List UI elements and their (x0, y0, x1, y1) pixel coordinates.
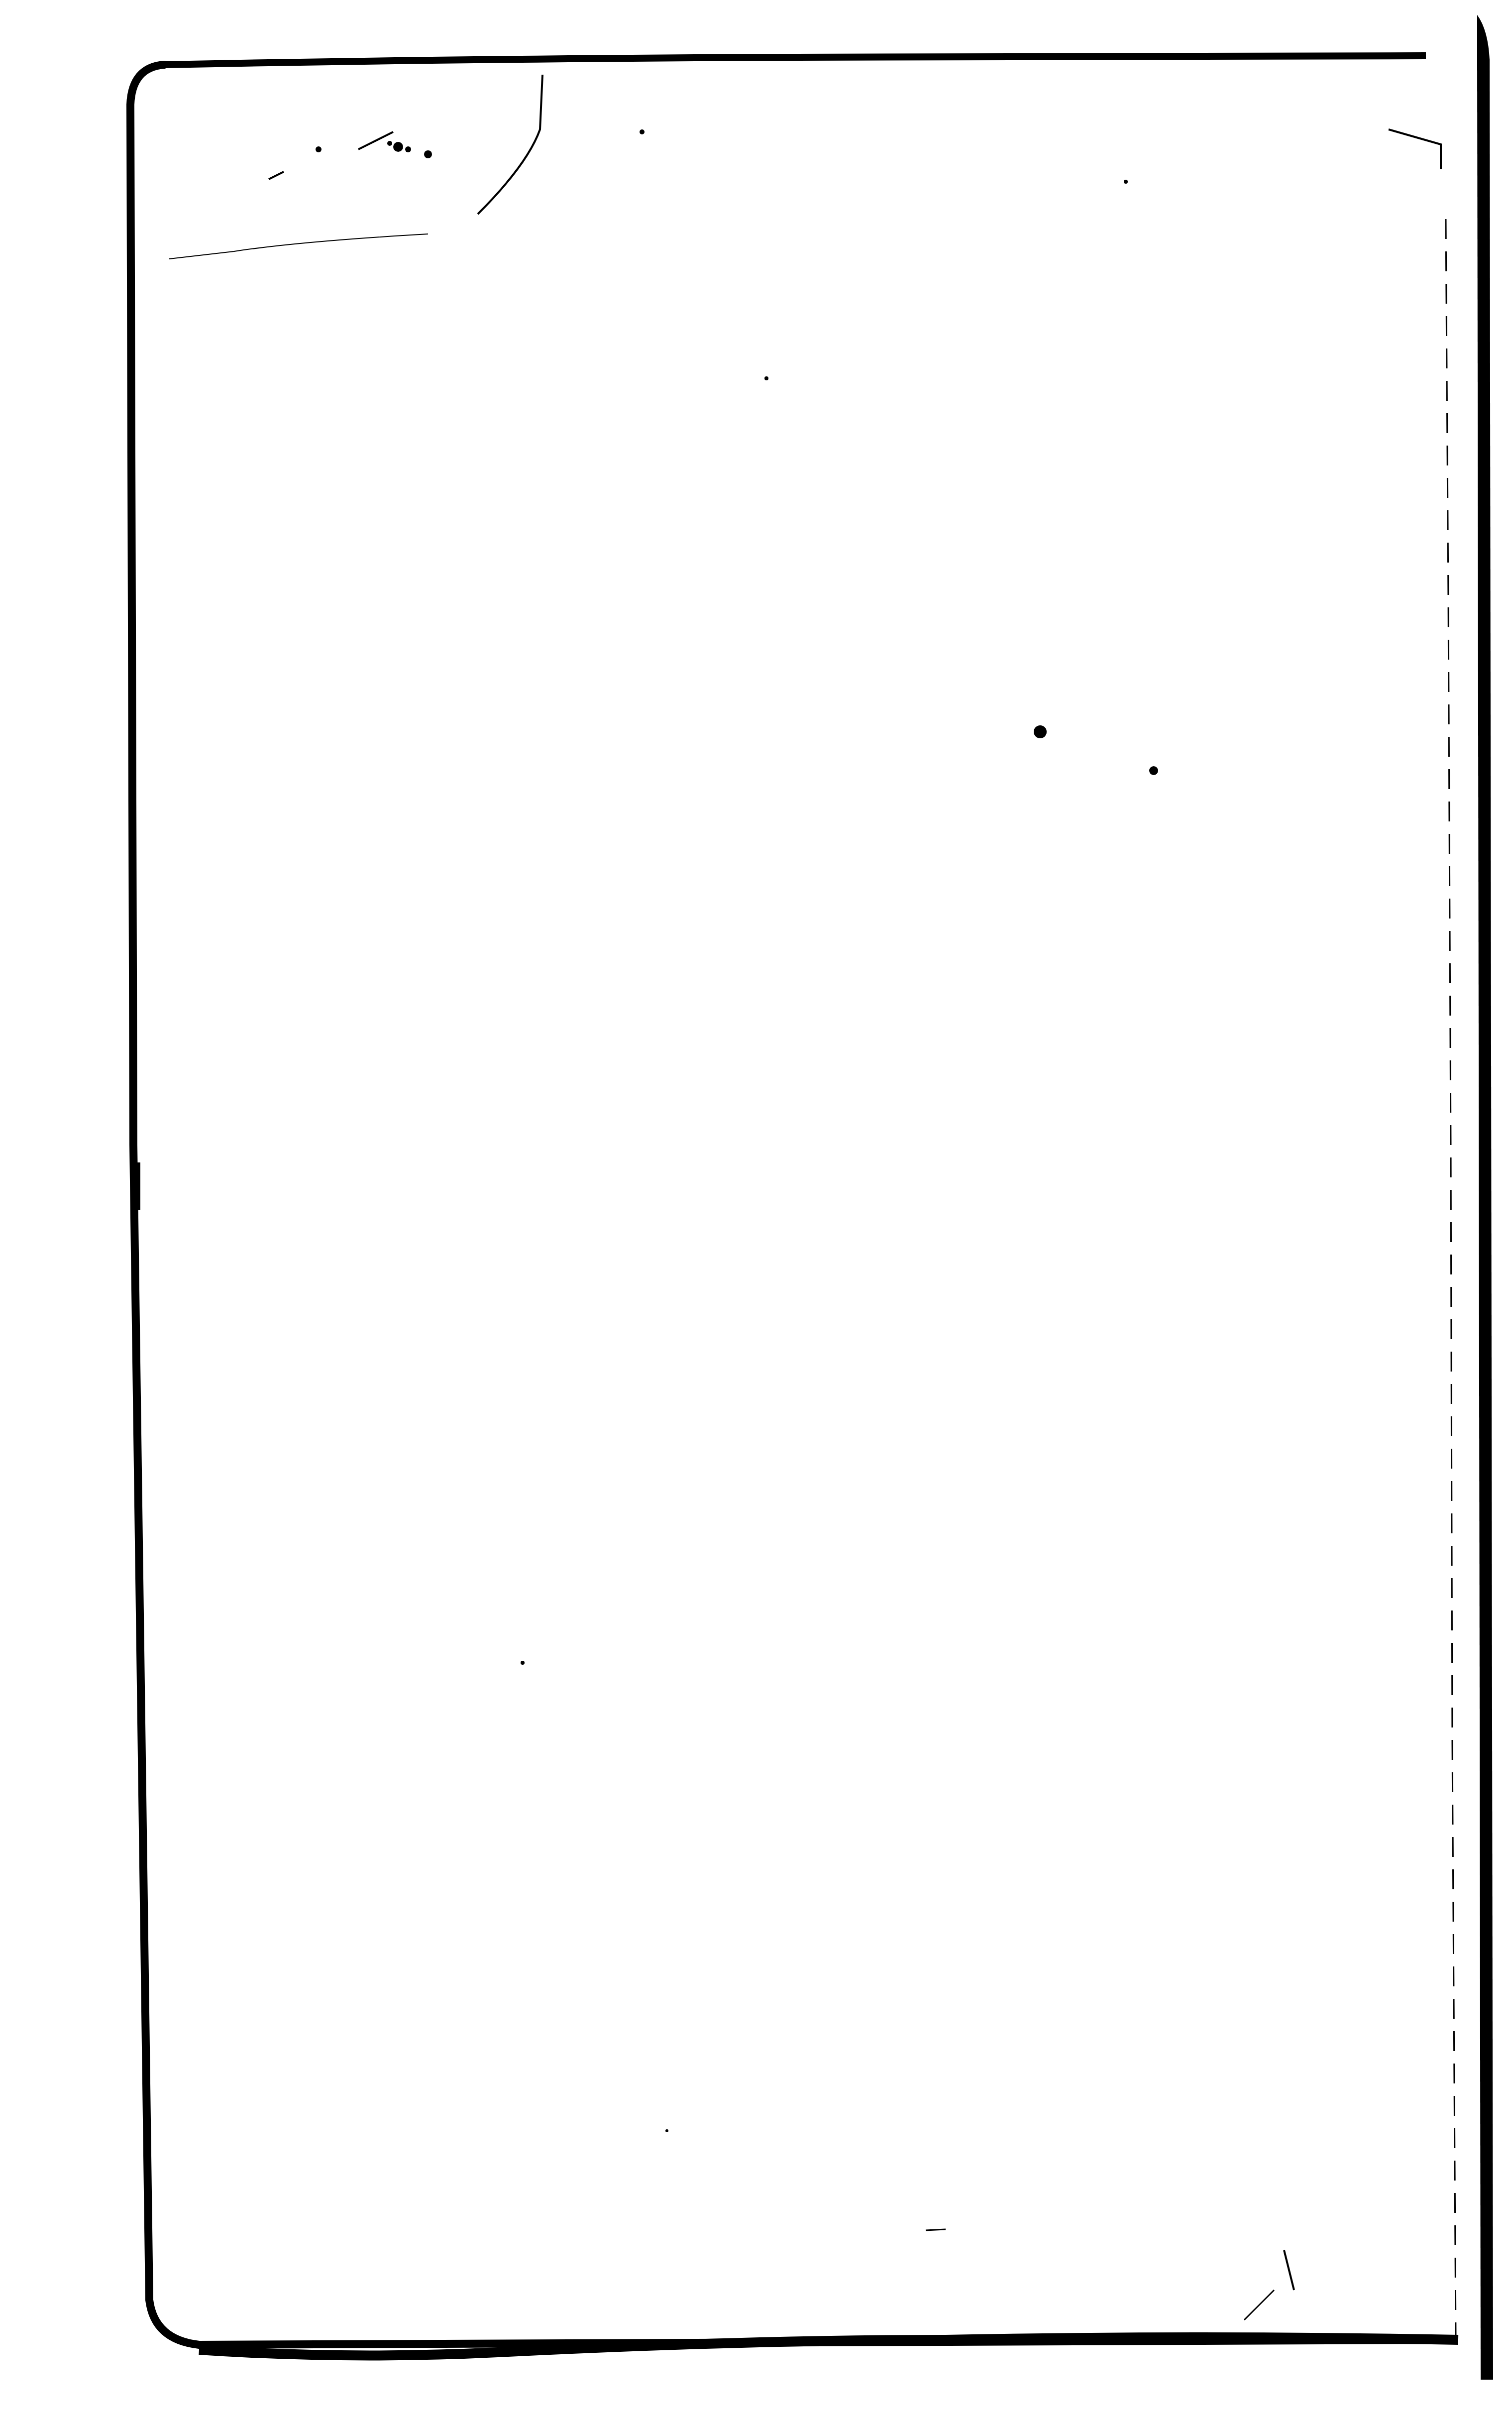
inner-edge (1446, 219, 1456, 2335)
scratch-mark (358, 132, 393, 149)
crease-mark (478, 75, 542, 214)
page-border-top (164, 56, 1426, 65)
ink-specks (316, 129, 1158, 2132)
spine-edge (1477, 15, 1493, 2380)
scratch-mark (926, 2229, 946, 2230)
scratch-mark (169, 234, 428, 259)
page-scan-artwork (0, 0, 1512, 2415)
left-edge-marker (134, 1162, 140, 1210)
scratch-mark (1389, 129, 1441, 169)
scratch-mark (269, 172, 284, 179)
page-border (130, 65, 1443, 2345)
scratch-mark (1284, 2250, 1294, 2290)
scratch-mark (1244, 2290, 1274, 2320)
scanned-blank-page (0, 0, 1512, 2415)
